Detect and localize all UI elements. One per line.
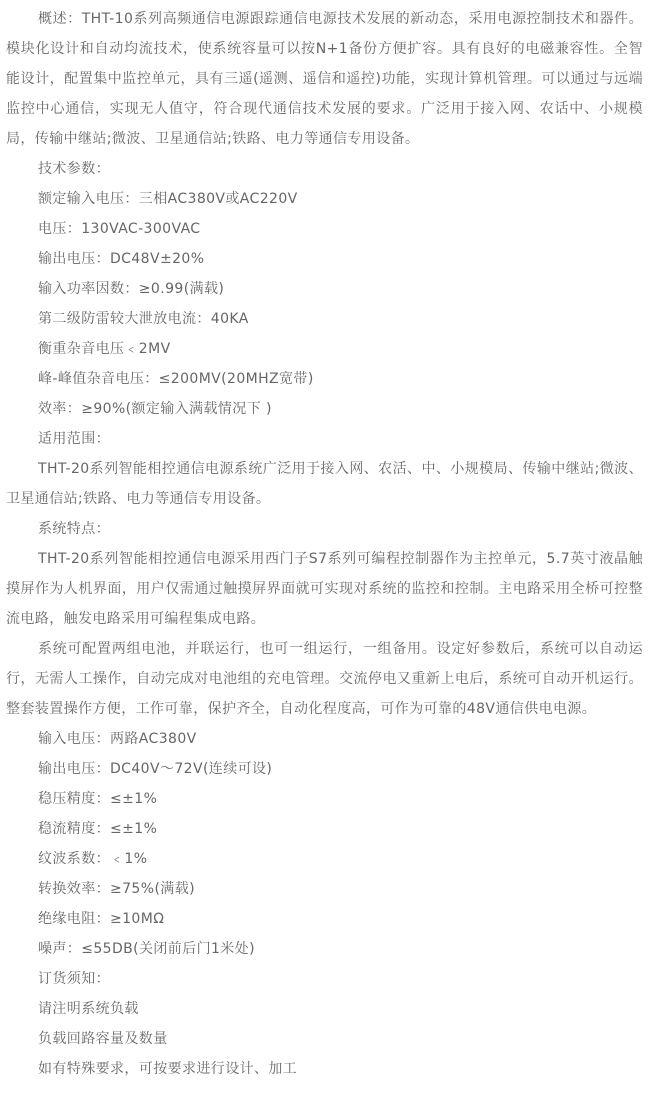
specs-list: 输入电压：两路AC380V 输出电压：DC40V～72V(连续可设) 稳压精度：… — [6, 724, 643, 964]
tech-param-item: 额定输入电压：三相AC380V或AC220V — [6, 184, 643, 214]
tech-param-item: 第二级防雷较大泄放电流：40KA — [6, 304, 643, 334]
spec-item: 噪声：≤55DB(关闭前后门1米处) — [6, 934, 643, 964]
spec-item: 稳压精度：≤±1% — [6, 784, 643, 814]
tech-params-list: 额定输入电压：三相AC380V或AC220V 电压：130VAC-300VAC … — [6, 184, 643, 424]
scope-paragraph: THT-20系列智能相控通信电源系统广泛用于接入网、农活、中、小规模局、传输中继… — [6, 454, 643, 514]
overview-paragraph: 概述：THT-10系列高频通信电源跟踪通信电源技术发展的新动态，采用电源控制技术… — [6, 4, 643, 154]
features-paragraph: THT-20系列智能相控通信电源采用西门子S7系列可编程控制器作为主控单元，5.… — [6, 544, 643, 634]
tech-param-item: 峰-峰值杂音电压：≤200MV(20MHZ宽带) — [6, 364, 643, 394]
tech-params-heading: 技术参数： — [6, 154, 643, 184]
order-note-item: 请注明系统负载 — [6, 994, 643, 1024]
order-note-item: 负载回路容量及数量 — [6, 1024, 643, 1054]
order-notes-list: 请注明系统负载 负载回路容量及数量 如有特殊要求，可按要求进行设计、加工 — [6, 994, 643, 1084]
spec-item: 纹波系数：﹤1% — [6, 844, 643, 874]
spec-item: 转换效率：≥75%(满载) — [6, 874, 643, 904]
tech-param-item: 衡重杂音电压﹤2MV — [6, 334, 643, 364]
scope-heading: 适用范围： — [6, 424, 643, 454]
spec-item: 绝缘电阻：≥10MΩ — [6, 904, 643, 934]
features-paragraph: 系统可配置两组电池，并联运行，也可一组运行，一组备用。设定好参数后，系统可以自动… — [6, 634, 643, 724]
spec-item: 稳流精度：≤±1% — [6, 814, 643, 844]
tech-param-item: 输出电压：DC48V±20% — [6, 244, 643, 274]
order-heading: 订货须知： — [6, 964, 643, 994]
spec-item: 输出电压：DC40V～72V(连续可设) — [6, 754, 643, 784]
features-heading: 系统特点： — [6, 514, 643, 544]
spec-item: 输入电压：两路AC380V — [6, 724, 643, 754]
order-note-item: 如有特殊要求，可按要求进行设计、加工 — [6, 1054, 643, 1084]
tech-param-item: 电压：130VAC-300VAC — [6, 214, 643, 244]
product-description-document: 概述：THT-10系列高频通信电源跟踪通信电源技术发展的新动态，采用电源控制技术… — [0, 0, 649, 1084]
tech-param-item: 效率：≥90%(额定输入满载情况下 ) — [6, 394, 643, 424]
tech-param-item: 输入功率因数：≥0.99(满载) — [6, 274, 643, 304]
